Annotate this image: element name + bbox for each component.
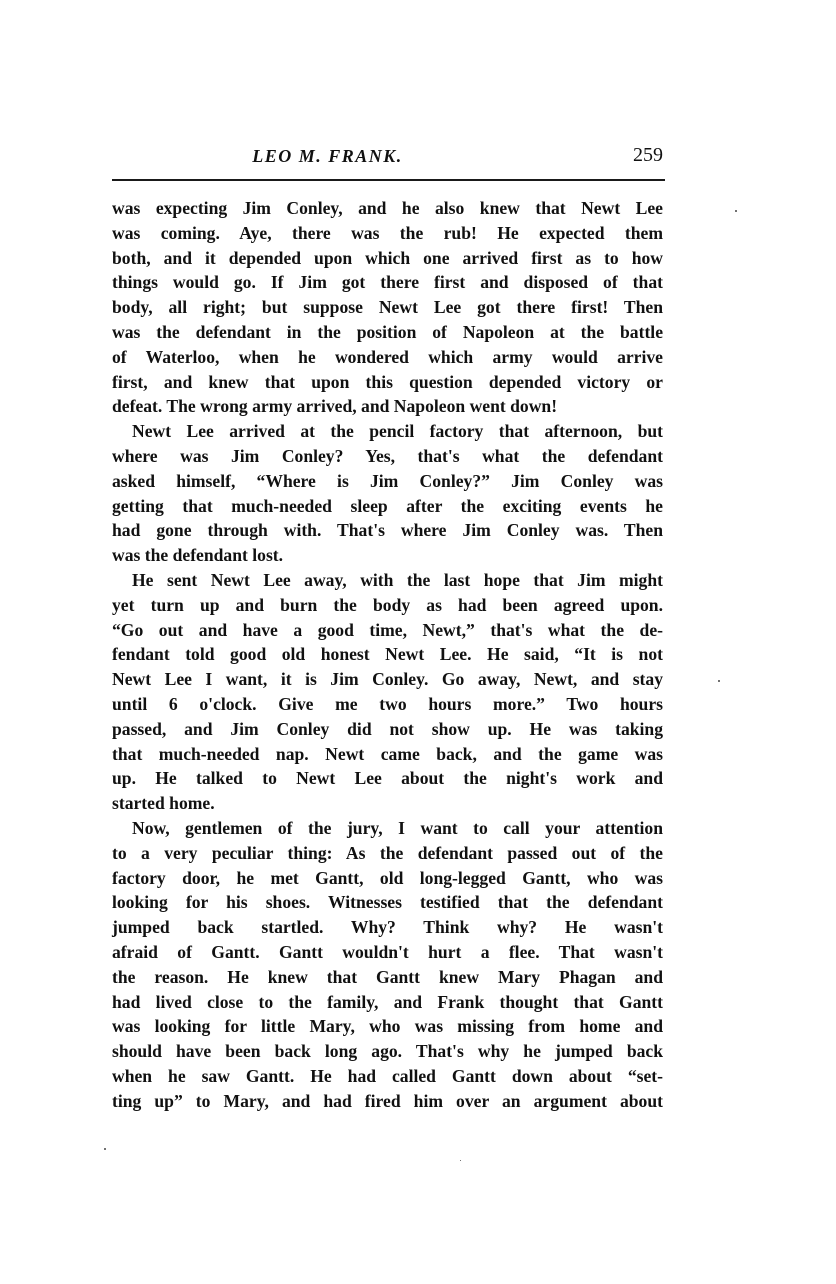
text-line: body, all right; but suppose Newt Lee go… — [112, 295, 663, 320]
text-line: defeat. The wrong army arrived, and Napo… — [112, 394, 663, 419]
scan-speck — [104, 1148, 106, 1150]
text-line: of Waterloo, when he wondered which army… — [112, 345, 663, 370]
scan-speck — [460, 1160, 461, 1161]
text-line: factory door, he met Gantt, old long-leg… — [112, 866, 663, 891]
paragraph-1: was expecting Jim Conley, and he also kn… — [112, 196, 663, 419]
book-page: LEO M. FRANK. 259 was expecting Jim Conl… — [0, 0, 836, 1284]
body-text: was expecting Jim Conley, and he also kn… — [112, 196, 663, 1113]
page-number: 259 — [633, 144, 663, 167]
text-line: things would go. If Jim got there first … — [112, 270, 663, 295]
text-line: asked himself, “Where is Jim Conley?” Ji… — [112, 469, 663, 494]
text-line: started home. — [112, 791, 663, 816]
text-line: both, and it depended upon which one arr… — [112, 246, 663, 271]
running-head: LEO M. FRANK. 259 — [112, 146, 663, 172]
text-line: was the defendant in the position of Nap… — [112, 320, 663, 345]
text-line: where was Jim Conley? Yes, that's what t… — [112, 444, 663, 469]
text-line: was coming. Aye, there was the rub! He e… — [112, 221, 663, 246]
text-line: the reason. He knew that Gantt knew Mary… — [112, 965, 663, 990]
scan-speck — [718, 680, 720, 682]
paragraph-2: Newt Lee arrived at the pencil factory t… — [112, 419, 663, 568]
text-line: passed, and Jim Conley did not show up. … — [112, 717, 663, 742]
text-line: should have been back long ago. That's w… — [112, 1039, 663, 1064]
text-line: Newt Lee I want, it is Jim Conley. Go aw… — [112, 667, 663, 692]
text-line: jumped back startled. Why? Think why? He… — [112, 915, 663, 940]
header-rule — [112, 179, 665, 181]
text-line: ting up” to Mary, and had fired him over… — [112, 1089, 663, 1114]
text-line: Now, gentlemen of the jury, I want to ca… — [112, 816, 663, 841]
paragraph-4: Now, gentlemen of the jury, I want to ca… — [112, 816, 663, 1114]
text-line: looking for his shoes. Witnesses testifi… — [112, 890, 663, 915]
paragraph-3: He sent Newt Lee away, with the last hop… — [112, 568, 663, 816]
text-line: “Go out and have a good time, Newt,” tha… — [112, 618, 663, 643]
text-line: yet turn up and burn the body as had bee… — [112, 593, 663, 618]
text-line: when he saw Gantt. He had called Gantt d… — [112, 1064, 663, 1089]
text-line: first, and knew that upon this question … — [112, 370, 663, 395]
text-line: up. He talked to Newt Lee about the nigh… — [112, 766, 663, 791]
text-line: to a very peculiar thing: As the defenda… — [112, 841, 663, 866]
text-line: Newt Lee arrived at the pencil factory t… — [112, 419, 663, 444]
text-line: had gone through with. That's where Jim … — [112, 518, 663, 543]
text-line: was expecting Jim Conley, and he also kn… — [112, 196, 663, 221]
text-line: He sent Newt Lee away, with the last hop… — [112, 568, 663, 593]
text-line: had lived close to the family, and Frank… — [112, 990, 663, 1015]
text-line: until 6 o'clock. Give me two hours more.… — [112, 692, 663, 717]
text-line: afraid of Gantt. Gantt wouldn't hurt a f… — [112, 940, 663, 965]
scan-speck — [735, 210, 737, 212]
text-line: was looking for little Mary, who was mis… — [112, 1014, 663, 1039]
text-line: getting that much-needed sleep after the… — [112, 494, 663, 519]
text-line: that much-needed nap. Newt came back, an… — [112, 742, 663, 767]
text-line: was the defendant lost. — [112, 543, 663, 568]
running-head-title: LEO M. FRANK. — [52, 146, 603, 167]
text-line: fendant told good old honest Newt Lee. H… — [112, 642, 663, 667]
